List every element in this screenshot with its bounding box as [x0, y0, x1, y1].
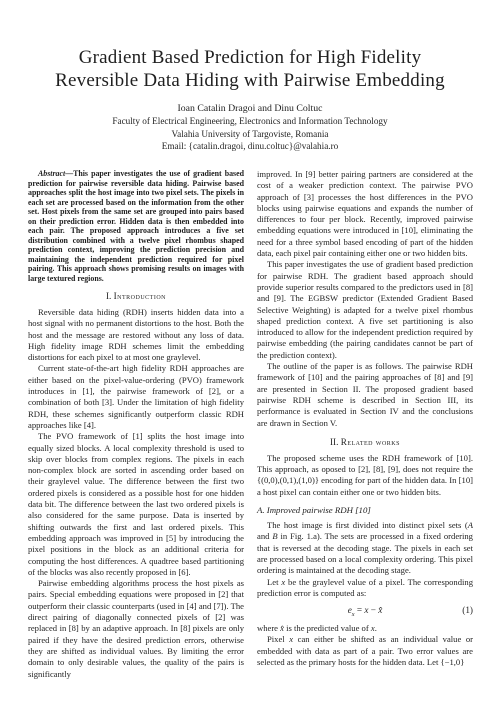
text-run: and	[257, 531, 272, 541]
author-names: Ioan Catalin Dragoi and Dinu Coltuc	[0, 103, 500, 115]
text-run: is the predicted value of	[284, 623, 371, 633]
email-line: Email: {catalin.dragoi, dinu.coltuc}@val…	[0, 140, 500, 152]
equation-number: (1)	[462, 605, 473, 615]
university-line: Valahia University of Targoviste, Romani…	[0, 128, 500, 140]
math-var: A	[468, 520, 473, 530]
math-set: {−1,0}	[441, 657, 465, 667]
author-block: Ioan Catalin Dragoi and Dinu Coltuc Facu…	[0, 103, 500, 152]
paper-title-line1: Gradient Based Prediction for High Fidel…	[79, 47, 422, 68]
affiliation-line: Faculty of Electrical Engineering, Elect…	[0, 115, 500, 127]
equation-body: ex = x − x̂	[348, 605, 383, 615]
text-run: The host image is first divided into dis…	[267, 520, 468, 530]
section-heading-related-works: II. Related works	[257, 437, 473, 447]
paper-title-line2: Reversible Data Hiding with Pairwise Emb…	[55, 70, 445, 91]
related-works-paragraph-4: where x̂ is the predicted value of x.	[257, 623, 473, 634]
intro-paragraph-2: Current state-of-the-art high fidelity R…	[28, 363, 244, 431]
paper-title: Gradient Based Prediction for High Fidel…	[0, 47, 500, 92]
section-title: Introduction	[114, 291, 166, 301]
two-column-body: Abstract—This paper investigates the use…	[28, 169, 473, 680]
related-works-paragraph-3: Let x be the graylevel value of a pixel.…	[257, 577, 473, 600]
paper-page: Gradient Based Prediction for High Fidel…	[0, 0, 500, 706]
intro-paragraph-4: Pairwise embedding algorithms process th…	[28, 578, 244, 680]
intro-paragraph-1: Reversible data hiding (RDH) inserts hid…	[28, 307, 244, 363]
math-var: x̂	[378, 605, 382, 615]
intro-paragraph-6: The outline of the paper is as follows. …	[257, 361, 473, 429]
abstract-paragraph: Abstract—This paper investigates the use…	[28, 169, 244, 283]
text-run: in Fig. 1.a). The sets are processed in …	[257, 531, 473, 575]
subsection-heading-a: A. Improved pairwise RDH [10]	[257, 505, 473, 515]
intro-paragraph-4-continued: improved. In [9] better pairing partners…	[257, 169, 473, 259]
math-operator: −	[368, 605, 378, 615]
text-run: Let	[267, 577, 281, 587]
related-works-paragraph-5: Pixel x can either be shifted as an indi…	[257, 634, 473, 668]
text-run: .	[375, 623, 377, 633]
right-column: improved. In [9] better pairing partners…	[257, 169, 473, 680]
section-number: I.	[106, 291, 111, 301]
related-works-paragraph-1: The proposed scheme uses the RDH framewo…	[257, 453, 473, 498]
text-run: Pixel	[267, 634, 289, 644]
text-run: be the graylevel value of a pixel. The c…	[257, 577, 473, 598]
section-heading-introduction: I. Introduction	[28, 291, 244, 301]
intro-paragraph-3: The PVO framework of [1] splits the host…	[28, 431, 244, 578]
section-number: II.	[330, 437, 338, 447]
intro-paragraph-5: This paper investigates the use of gradi…	[257, 259, 473, 361]
math-operator: =	[355, 605, 365, 615]
abstract-label: Abstract	[38, 169, 65, 178]
equation-1: ex = x − x̂ (1)	[257, 605, 473, 618]
left-column: Abstract—This paper investigates the use…	[28, 169, 244, 680]
abstract-text: —This paper investigates the use of grad…	[28, 169, 244, 283]
related-works-paragraph-2: The host image is first divided into dis…	[257, 520, 473, 576]
section-title: Related works	[341, 437, 400, 447]
text-run: where	[257, 623, 280, 633]
